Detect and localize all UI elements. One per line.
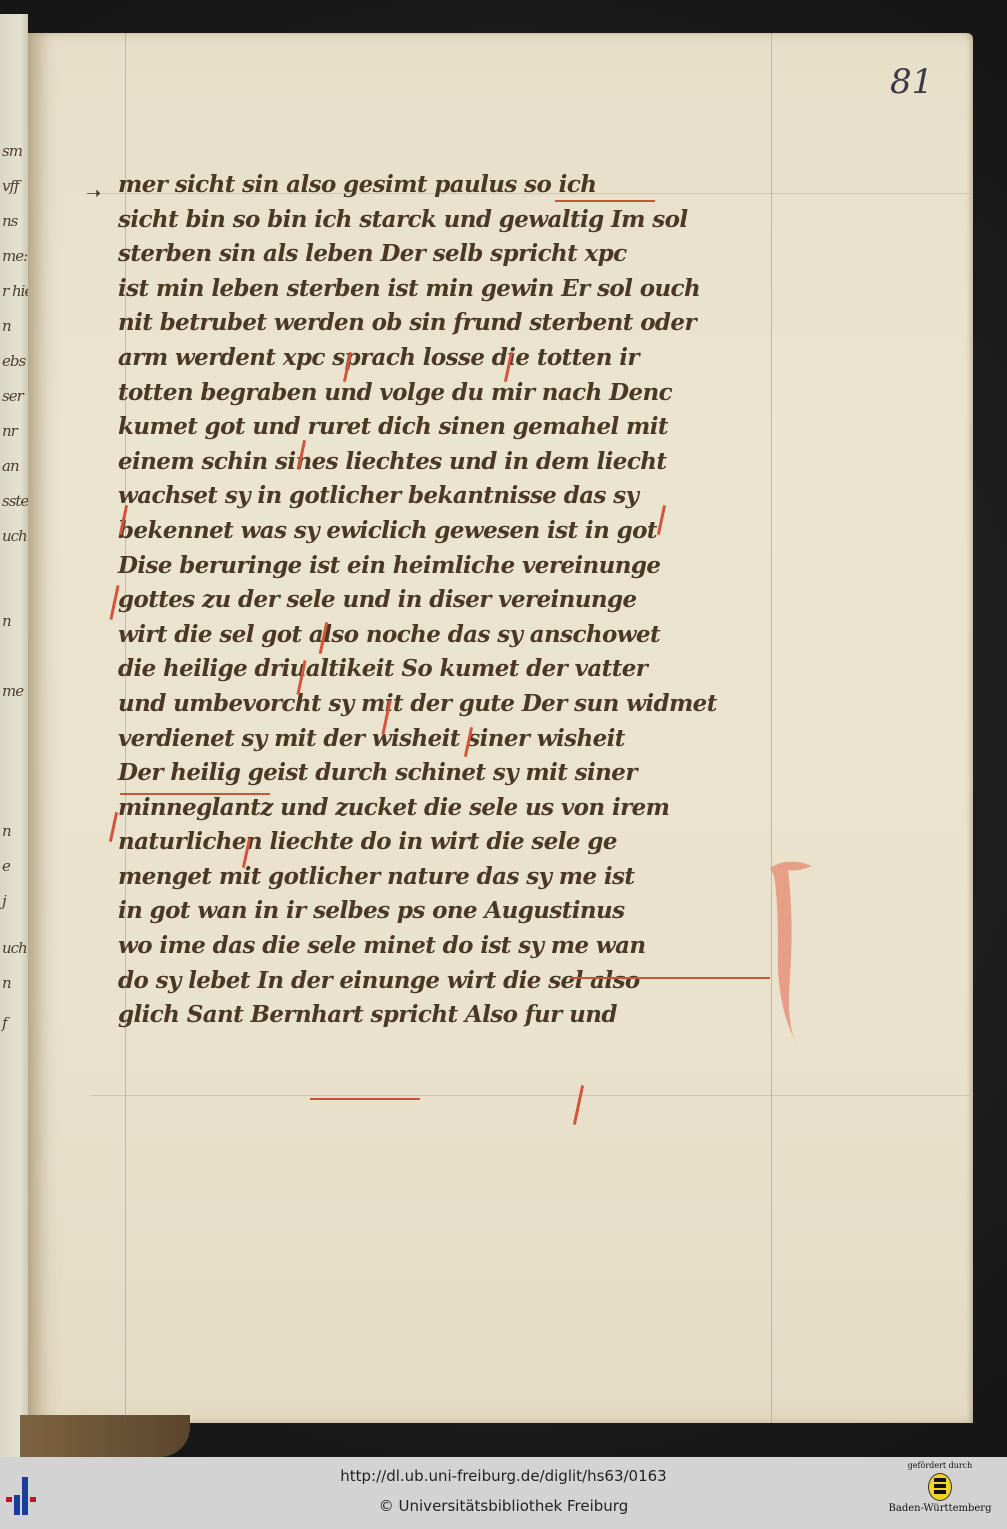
text-line: verdienet sy mit der wisheit siner wishe… xyxy=(118,722,778,757)
text-line: naturlichen liechte do in wirt die sele … xyxy=(118,825,778,860)
text-line: menget mit gotlicher nature das sy me is… xyxy=(118,860,778,895)
permalink-url[interactable]: http://dl.ub.uni-freiburg.de/diglit/hs63… xyxy=(0,1467,1007,1485)
facing-page-text: me xyxy=(2,682,23,700)
red-paragraph-flourish-icon xyxy=(768,858,814,1048)
text-line: minneglantz und zucket die sele us von i… xyxy=(118,791,778,826)
facing-page-text: n xyxy=(2,612,11,630)
facing-page-text: ns xyxy=(2,212,17,230)
facing-page-text: vff xyxy=(2,177,19,195)
facing-page-text: ebs xyxy=(2,352,25,370)
sponsor-name: Baden-Württemberg xyxy=(880,1503,1000,1514)
text-line: bekennet was sy ewiclich gewesen ist in … xyxy=(118,514,778,549)
facing-page-text: n xyxy=(2,317,11,335)
facing-page-text: an xyxy=(2,457,19,475)
folio-number: 81 xyxy=(890,62,933,102)
manuscript-scan: sm vff ns me: r hie n ebs ser nr an sste… xyxy=(0,0,1007,1457)
text-line: Der heilig geist durch schinet sy mit si… xyxy=(118,756,778,791)
rubric-underline-bernhart xyxy=(310,1098,420,1100)
facing-page-text: n xyxy=(2,822,11,840)
facing-page-text: n xyxy=(2,974,11,992)
sponsor-label: gefördert durch xyxy=(880,1461,1000,1470)
text-line: arm werdent xpc sprach losse die totten … xyxy=(118,341,778,376)
copyright-notice: © Universitätsbibliothek Freiburg xyxy=(0,1497,1007,1515)
rubric-underline-paulus xyxy=(555,200,655,202)
facing-page-text: sste xyxy=(2,492,28,510)
text-line: sicht bin so bin ich starck und gewaltig… xyxy=(118,203,778,238)
binding-corner xyxy=(20,1415,190,1457)
facing-page-edge: sm vff ns me: r hie n ebs ser nr an sste… xyxy=(0,14,28,1457)
text-line: totten begraben und volge du mir nach De… xyxy=(118,376,778,411)
text-line: nit betrubet werden ob sin frund sterben… xyxy=(118,306,778,341)
facing-page-text: f xyxy=(2,1014,7,1032)
sponsor-badge: gefördert durch Baden-Württemberg xyxy=(880,1461,1000,1514)
text-line: in got wan in ir selbes ps one Augustinu… xyxy=(118,894,778,929)
facing-page-text: uch: xyxy=(2,527,31,545)
text-line: sterben sin als leben Der selb spricht x… xyxy=(118,237,778,272)
facing-page-text: e xyxy=(2,857,10,875)
footer-bar: http://dl.ub.uni-freiburg.de/diglit/hs63… xyxy=(0,1457,1007,1529)
text-line: wirt die sel got also noche das sy ansch… xyxy=(118,618,778,653)
text-line: mer sicht sin also gesimt paulus so ich xyxy=(118,168,778,203)
text-line: ist min leben sterben ist min gewin Er s… xyxy=(118,272,778,307)
manuscript-text: mer sicht sin also gesimt paulus so ich … xyxy=(118,168,778,1033)
text-line: gottes zu der sele und in diser vereinun… xyxy=(118,583,778,618)
facing-page-text: me: xyxy=(2,247,27,265)
rubric-strikethrough xyxy=(120,793,270,795)
text-line: und umbevorcht sy mit der gute Der sun w… xyxy=(118,687,778,722)
line-marker-icon: ➝ xyxy=(86,183,101,204)
text-line: wachset sy in gotlicher bekantnisse das … xyxy=(118,479,778,514)
facing-page-text: j xyxy=(2,892,6,910)
ruling-line-bottom xyxy=(90,1095,970,1096)
text-line: Dise beruringe ist ein heimliche vereinu… xyxy=(118,549,778,584)
baden-wuerttemberg-coat-of-arms-icon xyxy=(928,1473,952,1501)
text-line: do sy lebet In der einunge wirt die sel … xyxy=(118,964,778,999)
facing-page-text: uch xyxy=(2,939,27,957)
text-line: glich Sant Bernhart spricht Also fur und xyxy=(118,998,778,1033)
text-line: wo ime das die sele minet do ist sy me w… xyxy=(118,929,778,964)
rubric-underline-augustinus xyxy=(570,977,770,979)
facing-page-text: sm xyxy=(2,142,22,160)
facing-page-text: ser xyxy=(2,387,23,405)
text-line: die heilige driualtikeit So kumet der va… xyxy=(118,652,778,687)
facing-page-text: nr xyxy=(2,422,17,440)
text-line: einem schin sines liechtes und in dem li… xyxy=(118,445,778,480)
text-line: kumet got und ruret dich sinen gemahel m… xyxy=(118,410,778,445)
